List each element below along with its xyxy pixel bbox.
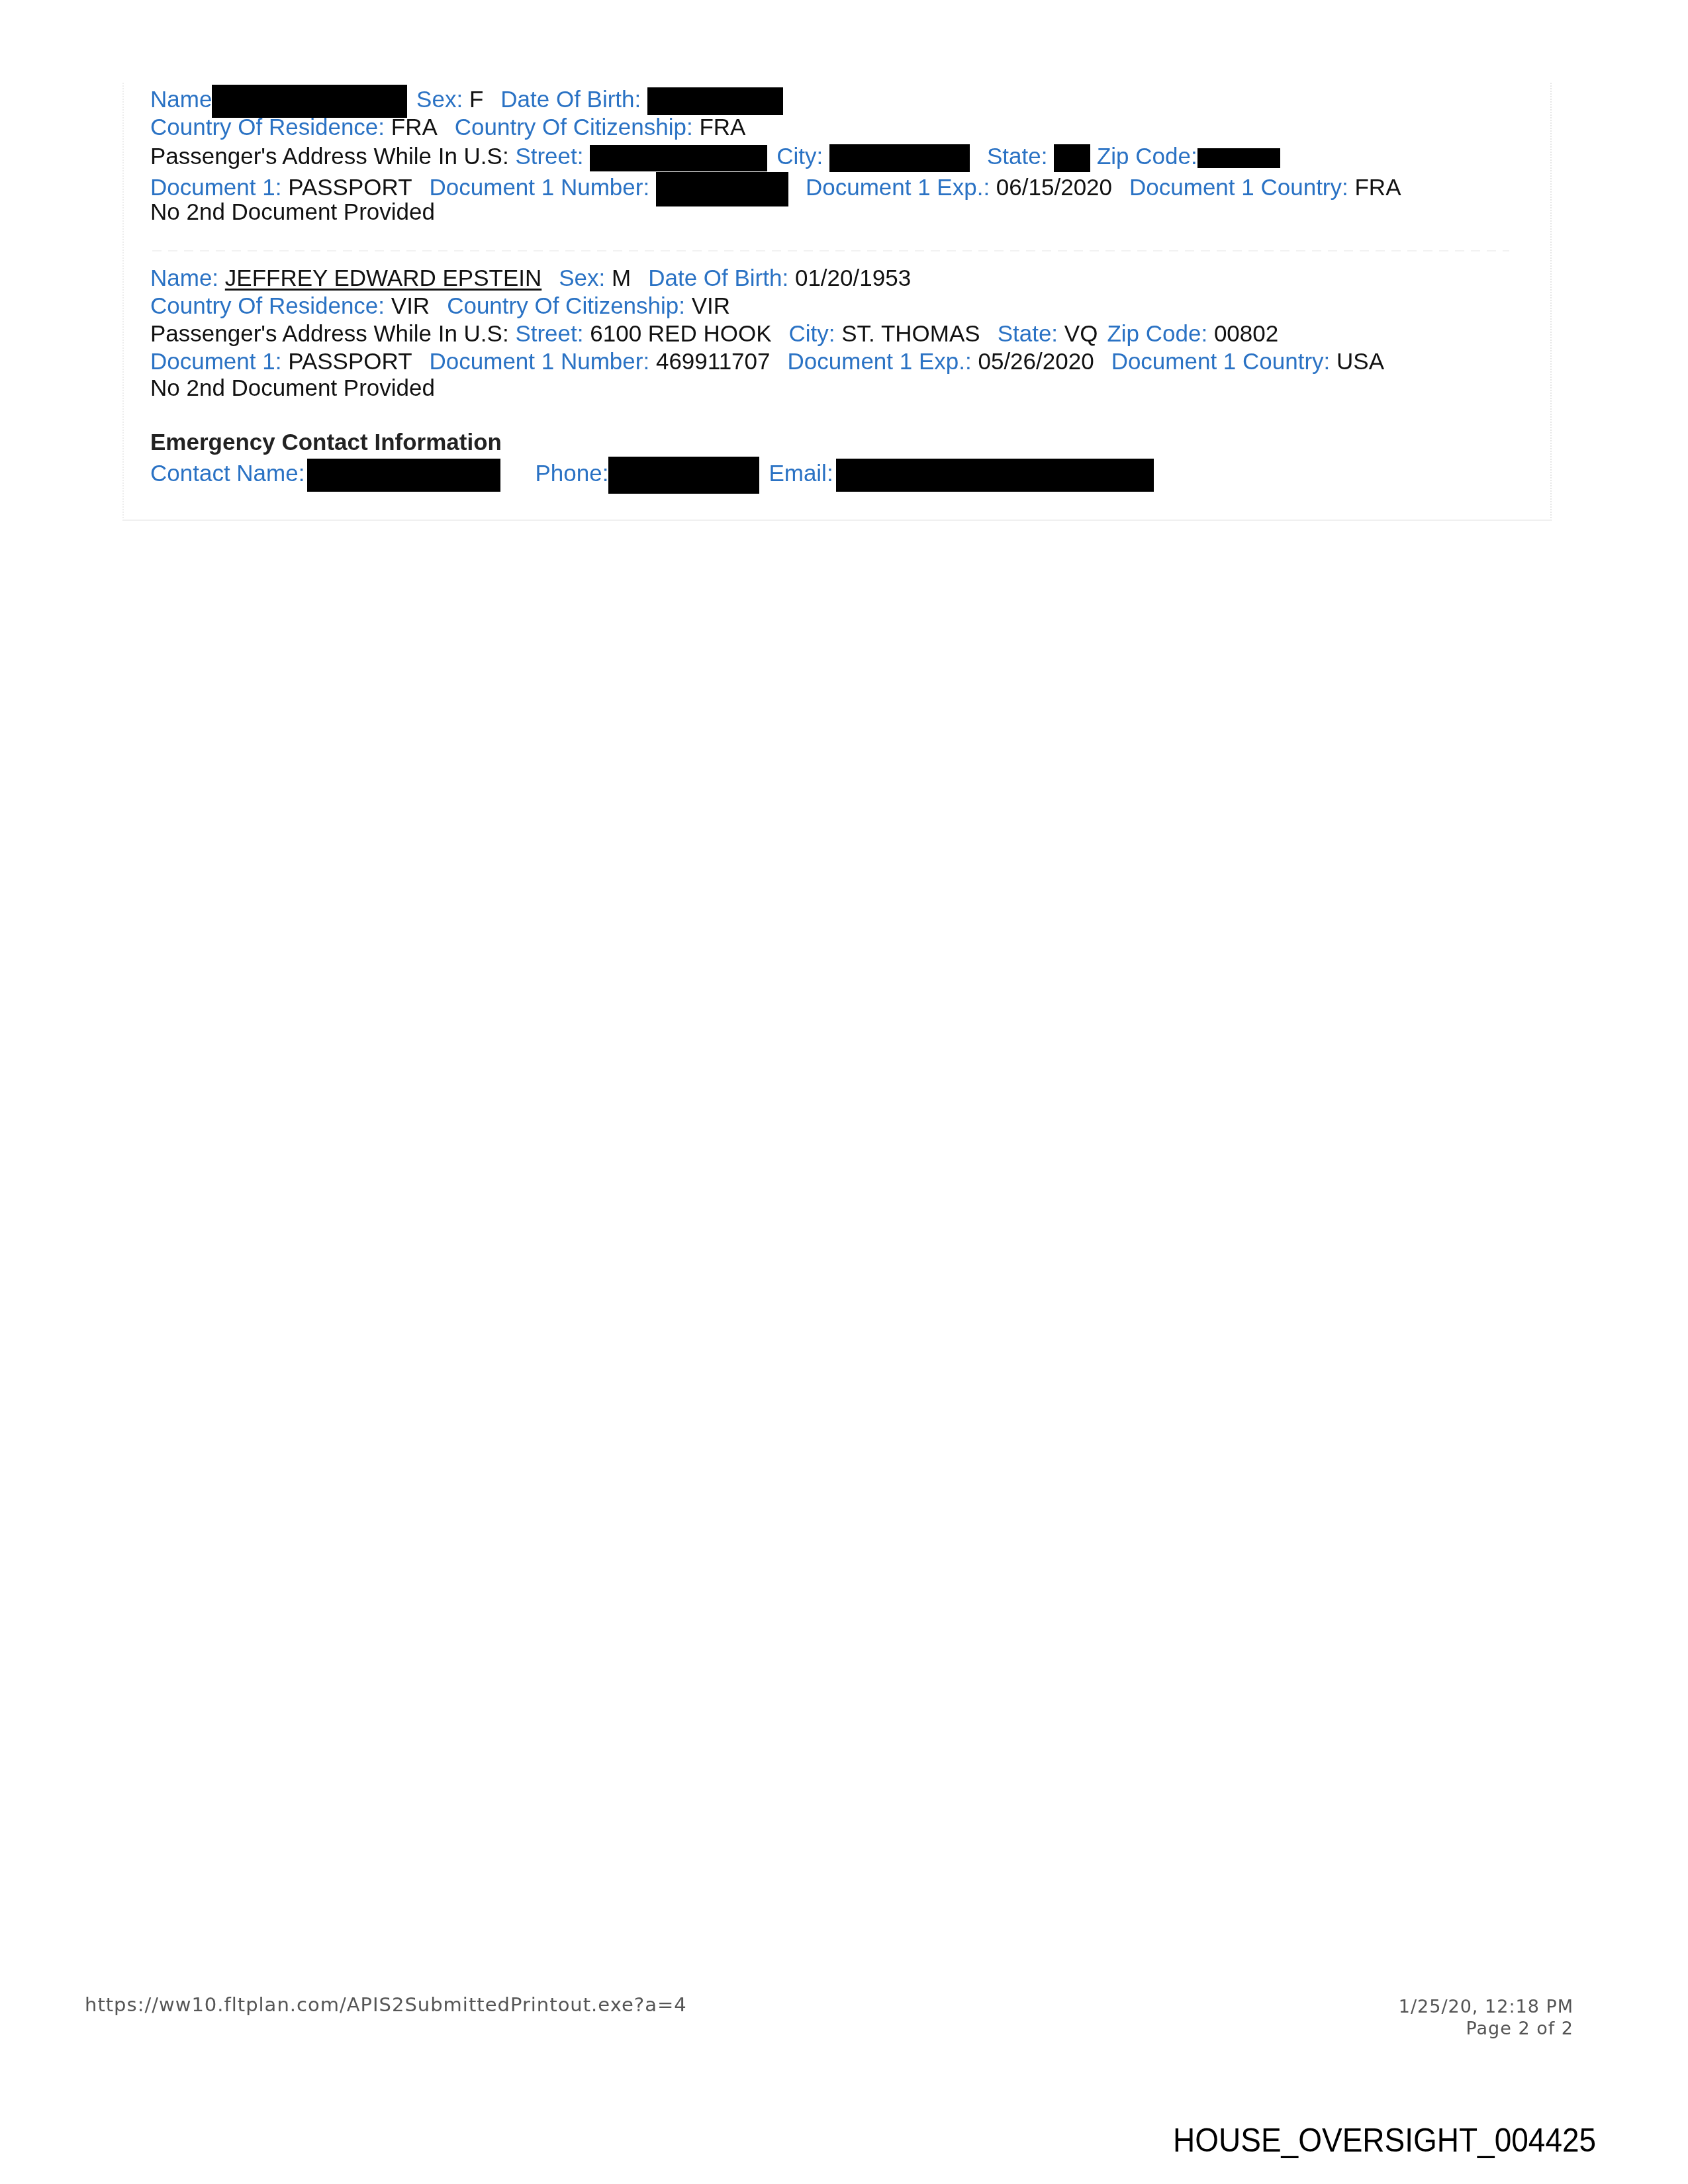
doc1-label: Document 1:: [150, 349, 281, 375]
dob-label: Date Of Birth:: [500, 87, 641, 113]
footer-meta: 1/25/20, 12:18 PM Page 2 of 2: [1399, 1996, 1573, 2040]
doc1-exp-value: 06/15/2020: [996, 175, 1112, 201]
zip-label: Zip Code:: [1097, 144, 1197, 169]
emergency-contact-heading: Emergency Contact Information: [150, 429, 502, 457]
street-label: Street:: [515, 144, 583, 169]
passenger-2-address-row: Passenger's Address While In U.S: Street…: [150, 320, 1278, 348]
city-value: ST. THOMAS: [841, 321, 980, 347]
city-label: City:: [776, 144, 823, 169]
sex-label: Sex:: [559, 265, 605, 291]
passenger-1-country-row: Country Of Residence: FRACountry Of Citi…: [150, 114, 745, 142]
name-label: Name:: [150, 87, 218, 113]
doc1-country-value: USA: [1336, 349, 1384, 375]
citizenship-value: FRA: [699, 114, 745, 140]
doc1-country-value: FRA: [1354, 175, 1401, 201]
doc1-label: Document 1:: [150, 175, 281, 201]
citizenship-label: Country Of Citizenship:: [455, 114, 693, 140]
dob-value: 01/20/1953: [795, 265, 911, 291]
redacted-street: [590, 145, 767, 171]
redacted-zip: [1197, 148, 1280, 168]
record-separator: [152, 250, 1509, 251]
doc1-number-label: Document 1 Number:: [430, 349, 650, 375]
street-value: 6100 RED HOOK: [590, 321, 771, 347]
redacted-contact-name: [307, 459, 500, 492]
passenger-1-address-row: Passenger's Address While In U.S: Street…: [150, 143, 1280, 172]
print-timestamp: 1/25/20, 12:18 PM: [1399, 1996, 1573, 2018]
passenger-2-name-row: Name: JEFFREY EDWARD EPSTEINSex: MDate O…: [150, 265, 911, 293]
second-doc-text: No 2nd Document Provided: [150, 375, 435, 401]
contact-name-label: Contact Name:: [150, 461, 305, 486]
doc1-country-label: Document 1 Country:: [1111, 349, 1331, 375]
state-label: State:: [998, 321, 1058, 347]
sex-value: M: [612, 265, 631, 291]
zip-label: Zip Code:: [1107, 321, 1207, 347]
street-label: Street:: [515, 321, 583, 347]
passenger-name: JEFFREY EDWARD EPSTEIN: [225, 265, 541, 291]
doc1-number-label: Document 1 Number:: [430, 175, 650, 201]
citizenship-value: VIR: [692, 293, 730, 319]
citizenship-label: Country Of Citizenship:: [447, 293, 685, 319]
doc1-exp-label: Document 1 Exp.:: [788, 349, 972, 375]
zip-value: 00802: [1214, 321, 1278, 347]
passenger-2-second-doc: No 2nd Document Provided: [150, 375, 435, 402]
doc1-value: PASSPORT: [288, 175, 412, 201]
footer-url: https://ww10.fltplan.com/APIS2SubmittedP…: [85, 1993, 687, 2016]
doc1-country-label: Document 1 Country:: [1129, 175, 1348, 201]
dob-label: Date Of Birth:: [648, 265, 788, 291]
doc1-exp-label: Document 1 Exp.:: [806, 175, 990, 201]
state-label: State:: [987, 144, 1047, 169]
sex-value: F: [469, 87, 483, 113]
residence-value: FRA: [391, 114, 438, 140]
address-label: Passenger's Address While In U.S:: [150, 144, 509, 169]
bates-number: HOUSE_OVERSIGHT_004425: [1173, 2121, 1596, 2160]
doc1-exp-value: 05/26/2020: [978, 349, 1094, 375]
sex-label: Sex:: [416, 87, 463, 113]
doc1-value: PASSPORT: [288, 349, 412, 375]
phone-label: Phone:: [535, 461, 608, 486]
passenger-2-document-row: Document 1: PASSPORTDocument 1 Number: 4…: [150, 348, 1384, 376]
passenger-2-country-row: Country Of Residence: VIRCountry Of Citi…: [150, 293, 730, 320]
email-label: Email:: [769, 461, 833, 486]
state-value: VQ: [1064, 321, 1098, 347]
name-label: Name:: [150, 265, 218, 291]
passenger-1-name-row: Name:Sex: FDate Of Birth:: [150, 85, 783, 118]
redacted-dob: [647, 87, 783, 115]
redacted-city: [829, 144, 970, 172]
residence-label: Country Of Residence:: [150, 293, 385, 319]
passenger-1-second-doc: No 2nd Document Provided: [150, 199, 435, 226]
redacted-name: [212, 85, 407, 118]
residence-value: VIR: [391, 293, 430, 319]
second-doc-text: No 2nd Document Provided: [150, 199, 435, 225]
city-label: City:: [789, 321, 835, 347]
address-label: Passenger's Address While In U.S:: [150, 321, 509, 347]
page-number: Page 2 of 2: [1399, 2018, 1573, 2040]
redacted-phone: [608, 457, 759, 494]
redacted-doc1-number: [656, 172, 788, 206]
residence-label: Country Of Residence:: [150, 114, 385, 140]
redacted-state: [1054, 144, 1090, 172]
doc1-number-value: 469911707: [656, 349, 771, 375]
redacted-email: [836, 459, 1154, 492]
emergency-contact-row: Contact Name:Phone:Email:: [150, 457, 1154, 494]
